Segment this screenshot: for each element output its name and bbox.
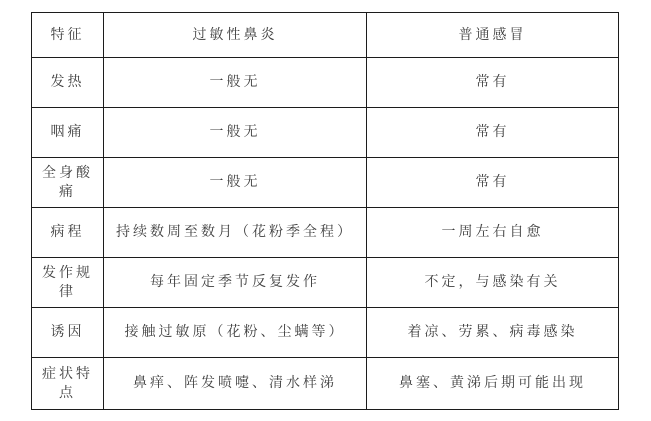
table-row: 发作规律 每年固定季节反复发作 不定，与感染有关: [32, 258, 619, 308]
cell-rhinitis: 每年固定季节反复发作: [104, 258, 367, 308]
cell-rhinitis: 持续数周至数月（花粉季全程）: [104, 208, 367, 258]
cell-feature: 病程: [32, 208, 104, 258]
cell-cold: 着凉、劳累、病毒感染: [367, 308, 619, 358]
cell-rhinitis: 一般无: [104, 108, 367, 158]
table-row: 发热 一般无 常有: [32, 58, 619, 108]
cell-feature: 发作规律: [32, 258, 104, 308]
header-cell-cold: 普通感冒: [367, 13, 619, 58]
cell-cold: 常有: [367, 108, 619, 158]
table-row: 咽痛 一般无 常有: [32, 108, 619, 158]
cell-feature: 发热: [32, 58, 104, 108]
table-row: 全身酸痛 一般无 常有: [32, 158, 619, 208]
cell-cold: 一周左右自愈: [367, 208, 619, 258]
cell-rhinitis: 接触过敏原（花粉、尘螨等）: [104, 308, 367, 358]
cell-feature: 症状特点: [32, 358, 104, 410]
table-row: 症状特点 鼻痒、阵发喷嚏、清水样涕 鼻塞、黄涕后期可能出现: [32, 358, 619, 410]
header-cell-feature: 特征: [32, 13, 104, 58]
table-row: 诱因 接触过敏原（花粉、尘螨等） 着凉、劳累、病毒感染: [32, 308, 619, 358]
cell-cold: 鼻塞、黄涕后期可能出现: [367, 358, 619, 410]
header-cell-rhinitis: 过敏性鼻炎: [104, 13, 367, 58]
cell-feature: 诱因: [32, 308, 104, 358]
cell-rhinitis: 鼻痒、阵发喷嚏、清水样涕: [104, 358, 367, 410]
cell-cold: 常有: [367, 158, 619, 208]
cell-rhinitis: 一般无: [104, 58, 367, 108]
table-row: 病程 持续数周至数月（花粉季全程） 一周左右自愈: [32, 208, 619, 258]
cell-rhinitis: 一般无: [104, 158, 367, 208]
cell-feature: 全身酸痛: [32, 158, 104, 208]
cell-feature: 咽痛: [32, 108, 104, 158]
cell-cold: 常有: [367, 58, 619, 108]
comparison-table: 特征 过敏性鼻炎 普通感冒 发热 一般无 常有 咽痛 一般无 常有 全身酸痛 一…: [31, 12, 619, 410]
cell-cold: 不定，与感染有关: [367, 258, 619, 308]
table-header-row: 特征 过敏性鼻炎 普通感冒: [32, 13, 619, 58]
